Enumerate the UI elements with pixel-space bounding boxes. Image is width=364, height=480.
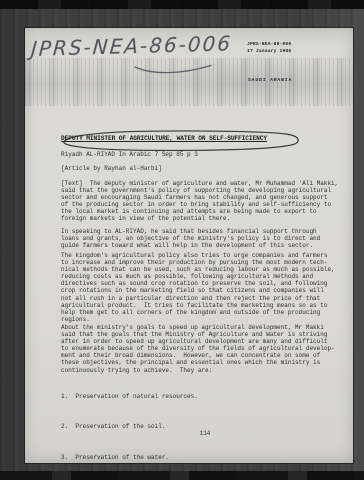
list-item: 3. Preservation of the water. [61,454,349,461]
article-title: DEPUTY MINISTER OF AGRICULTURE, WATER ON… [61,135,349,142]
article-paragraph: The kingdom's agricultural policy also t… [61,252,349,323]
article-paragraph: [Text] The deputy minister of agricultur… [61,180,349,223]
article-paragraph: In speaking to AL-RIYAD, he said that be… [61,228,349,249]
scanner-top-band [0,0,364,9]
list-item: 1. Preservation of natural resources. [61,393,349,400]
document-page: JPRS-NEA-86-006 JPRS-NEA-86-006 17 Janua… [25,28,353,463]
pen-underline-stroke [133,63,215,77]
typed-date: 17 January 1986 [247,48,291,55]
byline: [Article by Rayhan al-Harbi] [61,165,349,172]
typed-header-block: JPRS-NEA-86-006 17 January 1986 [247,41,291,56]
source-line: Riyadh AL-RIYAD In Arabic 7 Sep 85 p 3 [61,151,349,158]
article-paragraph: About the ministry's goals to speed up a… [61,324,349,374]
country-heading: SAUDI ARABIA [248,78,292,83]
photocopy-backdrop: { "colors": { "page": "#d9d8d4", "backdr… [0,0,364,480]
page-number: 114 [61,430,349,437]
typed-report-number: JPRS-NEA-86-006 [247,41,291,48]
handwritten-report-number: JPRS-NEA-86-006 [30,31,252,61]
